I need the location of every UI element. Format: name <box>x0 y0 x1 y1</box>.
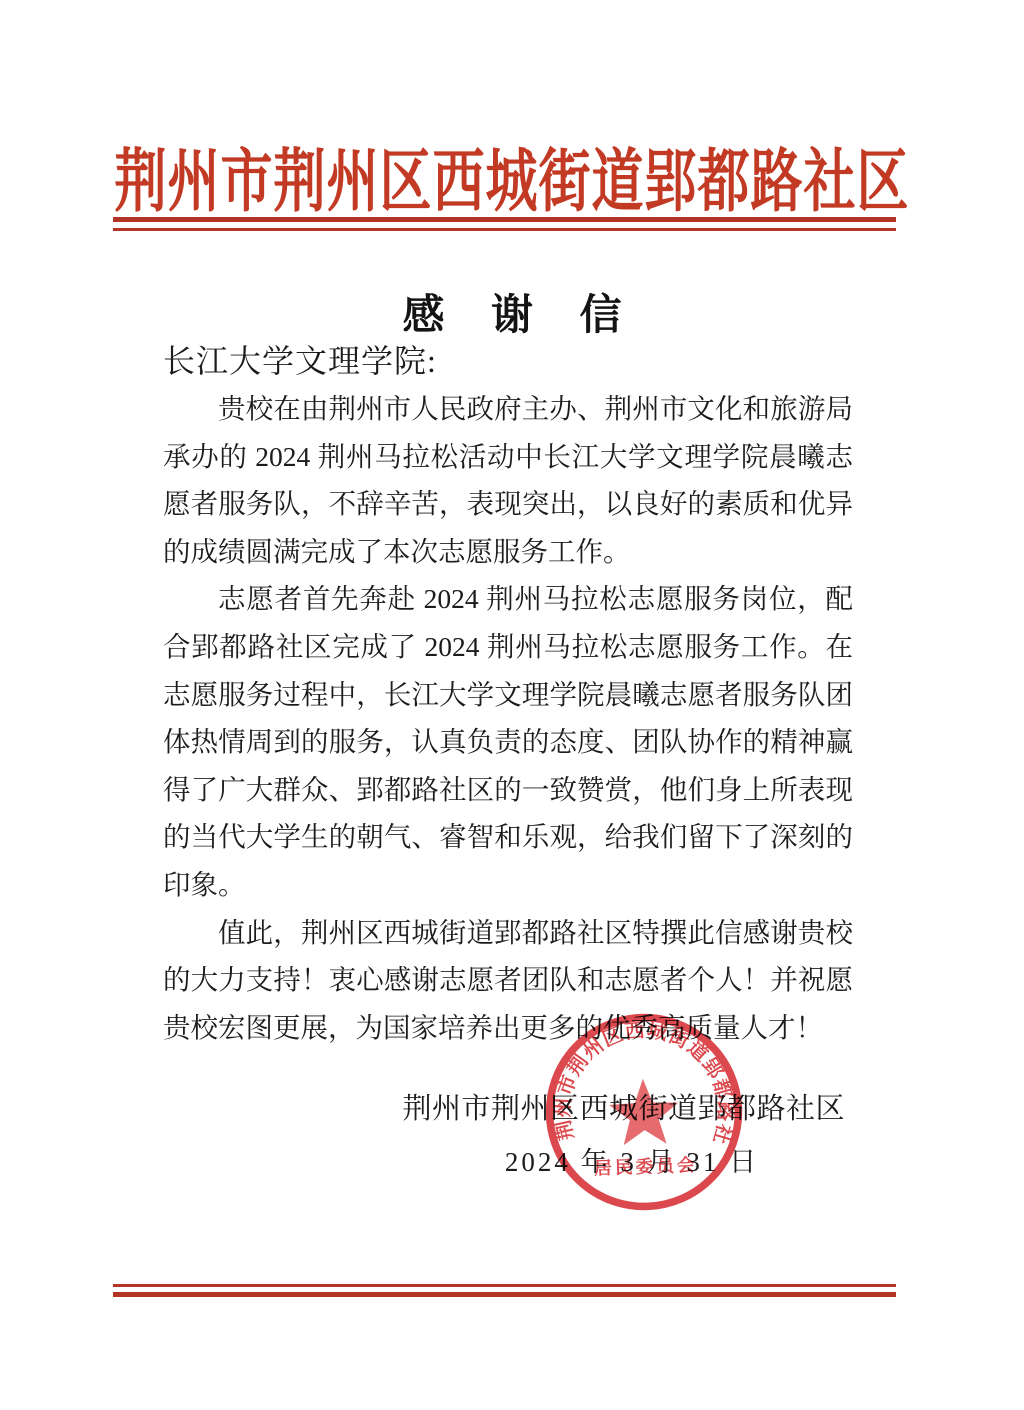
letter-body: 长江大学文理学院: 贵校在由荆州市人民政府主办、荆州市文化和旅游局承办的 202… <box>163 337 853 1051</box>
letter-page: 荆州市荆州区西城街道郢都路社区 感 谢 信 长江大学文理学院: 贵校在由荆州市人… <box>0 0 1024 1410</box>
footer-rule-thick <box>113 1292 896 1297</box>
letterhead-rule-thin <box>113 228 896 231</box>
seal-bottom-text: 居民委员会 <box>594 1154 698 1179</box>
seal-star-icon <box>608 1077 679 1145</box>
paragraph-3: 值此，荆州区西城街道郢都路社区特撰此信感谢贵校的大力支持！衷心感谢志愿者团队和志… <box>163 909 853 1052</box>
paragraph-1: 贵校在由荆州市人民政府主办、荆州市文化和旅游局承办的 2024 荆州马拉松活动中… <box>163 385 853 575</box>
salutation: 长江大学文理学院: <box>163 337 853 385</box>
letterhead-title: 荆州市荆州区西城街道郢都路社区 <box>0 126 1024 225</box>
official-seal-stamp: 荆州市荆州区西城街道郢都路社区 居民委员会 <box>540 1008 749 1217</box>
footer-rule-thin <box>113 1284 896 1287</box>
letter-title: 感 谢 信 <box>0 282 1024 342</box>
paragraph-2: 志愿者首先奔赴 2024 荆州马拉松志愿服务岗位，配合郢都路社区完成了 2024… <box>163 575 853 908</box>
letterhead-rule-thick <box>113 217 896 222</box>
